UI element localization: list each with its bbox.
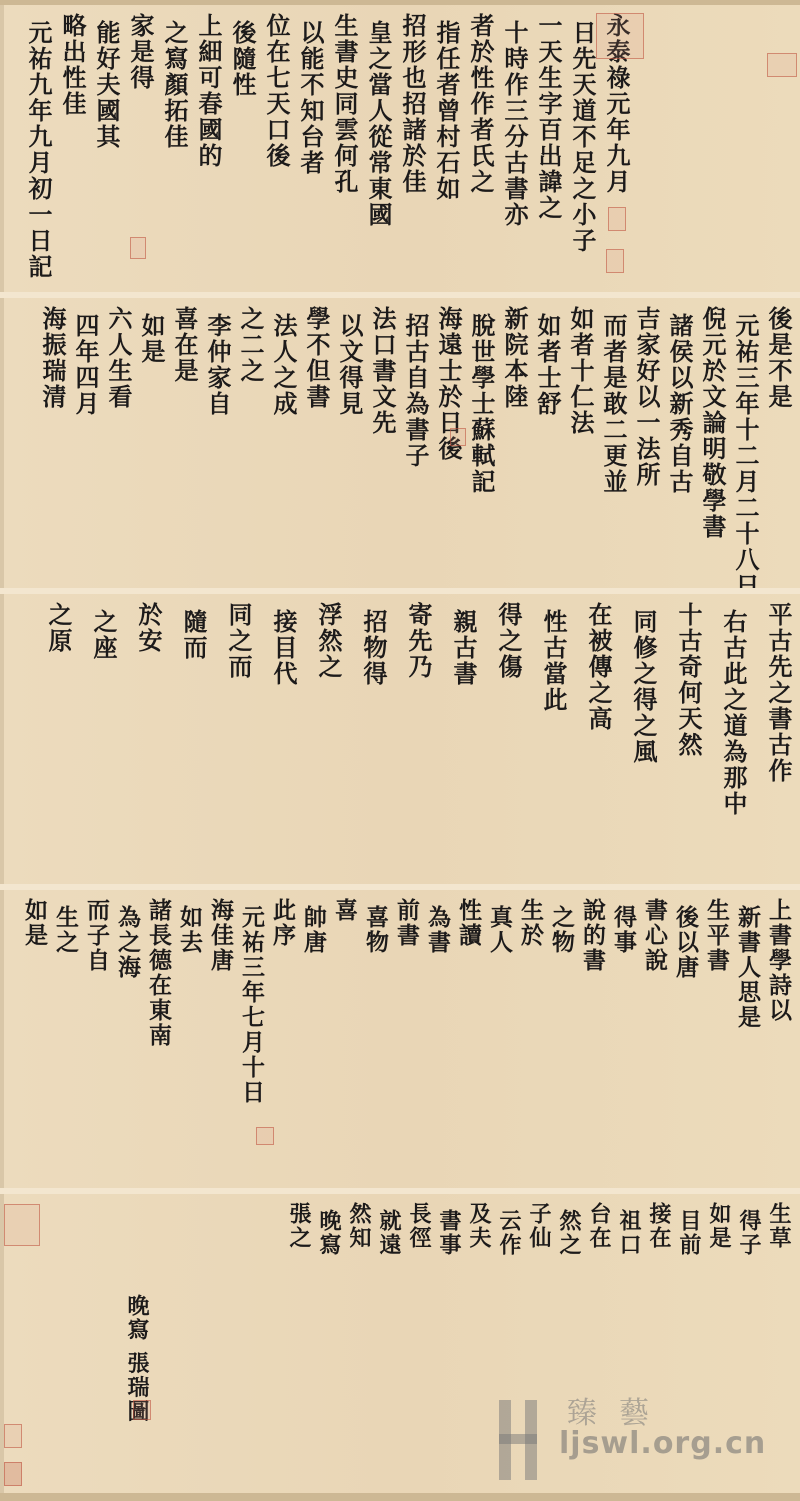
calligraphy-column: 生於 — [511, 898, 542, 1180]
calligraphy-column: 新院本陸 — [493, 306, 526, 580]
calligraphy-column: 及夫 — [460, 1202, 490, 1485]
calligraphy-column: 略出性佳 — [50, 13, 84, 284]
calligraphy-column: 同修之得之風 — [610, 602, 655, 876]
calligraphy-column: 得事 — [604, 898, 635, 1180]
calligraphy-column: 六人生看 — [97, 306, 130, 580]
calligraphy-column: 以能不知台者 — [288, 13, 322, 284]
calligraphy-column: 如者十仁法 — [559, 306, 592, 580]
calligraphy-column: 如是 — [700, 1202, 730, 1485]
calligraphy-column: 之寫顏拓佳 — [152, 13, 186, 284]
calligraphy-column: 長徑 — [400, 1202, 430, 1485]
calligraphy-column: 平古先之書古作 — [745, 602, 790, 876]
calligraphy-column: 得子 — [730, 1202, 760, 1485]
calligraphy-column: 寄先乃 — [385, 602, 430, 876]
calligraphy-column: 台在 — [580, 1202, 610, 1485]
panel-2-columns: 後是不是元祐三年十二月二十八日倪元於文論明敬學書諸侯以新秀自古吉家好以一法所而者… — [14, 306, 790, 580]
calligraphy-column: 之二之 — [229, 306, 262, 580]
calligraphy-column: 為書 — [418, 898, 449, 1180]
calligraphy-column: 得之傷 — [475, 602, 520, 876]
calligraphy-column: 倪元於文論明敬學書 — [691, 306, 724, 580]
calligraphy-column: 日先天道不足之小子 — [560, 13, 594, 284]
calligraphy-column: 而者是敢二更並 — [592, 306, 625, 580]
calligraphy-column: 性讀 — [449, 898, 480, 1180]
calligraphy-column: 子仙 — [520, 1202, 550, 1485]
calligraphy-column: 一天生字百出諱之 — [526, 13, 560, 284]
calligraphy-column: 招古自為書子 — [394, 306, 427, 580]
seal-stamp — [4, 1424, 22, 1448]
calligraphy-column: 後是不是 — [757, 306, 790, 580]
seal-stamp — [608, 207, 626, 231]
calligraphy-column: 隨而 — [160, 602, 205, 876]
scroll-panel-2: 後是不是元祐三年十二月二十八日倪元於文論明敬學書諸侯以新秀自古吉家好以一法所而者… — [4, 298, 800, 588]
calligraphy-column: 上細可春國的 — [186, 13, 220, 284]
calligraphy-column: 法口書文先 — [361, 306, 394, 580]
calligraphy-column: 右古此之道為那中 — [700, 602, 745, 876]
calligraphy-column: 生之 — [46, 898, 77, 1180]
calligraphy-column: 後隨性 — [220, 13, 254, 284]
calligraphy-column: 如是 — [130, 306, 163, 580]
calligraphy-column: 如是 — [15, 898, 46, 1180]
seal-stamp — [130, 237, 146, 259]
calligraphy-column: 為之海 — [108, 898, 139, 1180]
calligraphy-column: 四年四月 — [64, 306, 97, 580]
signature: 晚寫 張瑞圖 — [126, 1294, 148, 1454]
calligraphy-column: 之物 — [542, 898, 573, 1180]
calligraphy-column: 十古奇何天然 — [655, 602, 700, 876]
calligraphy-column: 李仲家自 — [196, 306, 229, 580]
calligraphy-column: 海振瑞清 — [31, 306, 64, 580]
panel-3-columns: 平古先之書古作右古此之道為那中十古奇何天然同修之得之風在被傳之高性古當此得之傷親… — [14, 602, 790, 876]
calligraphy-column: 生草 — [760, 1202, 790, 1485]
scroll-panel-3: 平古先之書古作右古此之道為那中十古奇何天然同修之得之風在被傳之高性古當此得之傷親… — [4, 594, 800, 884]
calligraphy-column: 新書人思是 — [728, 898, 759, 1180]
calligraphy-column: 在被傳之高 — [565, 602, 610, 876]
seal-stamp — [4, 1462, 22, 1486]
calligraphy-column: 於安 — [115, 602, 160, 876]
calligraphy-column: 然知 — [340, 1202, 370, 1485]
calligraphy-column: 喜物 — [356, 898, 387, 1180]
seal-stamp — [606, 249, 624, 273]
calligraphy-column: 海佳唐 — [201, 898, 232, 1180]
calligraphy-column: 者於性作者氏之 — [458, 13, 492, 284]
panel-1-columns: 永泰祿元年九月日先天道不足之小子一天生字百出諱之十時作三分古書亦者於性作者氏之指… — [14, 13, 628, 284]
calligraphy-column: 祖口 — [610, 1202, 640, 1485]
calligraphy-column: 能好夫國其 — [84, 13, 118, 284]
scroll-bottom-edge — [0, 1493, 800, 1501]
scroll-panel-5: 生草得子如是目前接在祖口台在然之子仙云作及夫書事長徑就遠然知晚寫張之 晚寫 張瑞… — [4, 1194, 800, 1493]
calligraphy-column: 元祐九年九月初一日記 — [16, 13, 50, 284]
calligraphy-column: 招形也招諸於佳 — [390, 13, 424, 284]
calligraphy-column: 元祐三年十二月二十八日 — [724, 306, 757, 580]
calligraphy-column: 吉家好以一法所 — [625, 306, 658, 580]
calligraphy-column: 生書史同雲何孔 — [322, 13, 356, 284]
seal-stamp — [256, 1127, 274, 1145]
calligraphy-column: 云作 — [490, 1202, 520, 1485]
panel-4-columns: 上書學詩以新書人思是生平書後以唐書心說得事說的書之物生於真人性讀為書前書喜物喜帥… — [12, 898, 790, 1180]
scroll-panel-1: 永泰祿元年九月日先天道不足之小子一天生字百出諱之十時作三分古書亦者於性作者氏之指… — [4, 5, 800, 292]
calligraphy-column: 喜 — [325, 898, 356, 1180]
calligraphy-column: 上書學詩以 — [759, 898, 790, 1180]
calligraphy-column: 同之而 — [205, 602, 250, 876]
calligraphy-column: 目前 — [670, 1202, 700, 1485]
calligraphy-column: 喜在是 — [163, 306, 196, 580]
panel-5-columns: 生草得子如是目前接在祖口台在然之子仙云作及夫書事長徑就遠然知晚寫張之 — [272, 1202, 790, 1485]
calligraphy-column: 皇之當人從常東國 — [356, 13, 390, 284]
calligraphy-column: 如去 — [170, 898, 201, 1180]
calligraphy-column: 之原 — [25, 602, 70, 876]
calligraphy-column: 學不但書 — [295, 306, 328, 580]
calligraphy-column: 就遠 — [370, 1202, 400, 1485]
calligraphy-column: 十時作三分古書亦 — [492, 13, 526, 284]
calligraphy-column: 書心說 — [635, 898, 666, 1180]
calligraphy-column: 然之 — [550, 1202, 580, 1485]
seal-stamp — [767, 53, 797, 77]
calligraphy-column: 位在七天口後 — [254, 13, 288, 284]
calligraphy-column: 親古書 — [430, 602, 475, 876]
calligraphy-column: 真人 — [480, 898, 511, 1180]
calligraphy-column: 後以唐 — [666, 898, 697, 1180]
calligraphy-column: 而子自 — [77, 898, 108, 1180]
calligraphy-column: 晚寫 — [310, 1202, 340, 1485]
seal-stamp — [450, 428, 466, 446]
calligraphy-column: 接目代 — [250, 602, 295, 876]
calligraphy-column: 指任者曾村石如 — [424, 13, 458, 284]
calligraphy-column: 說的書 — [573, 898, 604, 1180]
calligraphy-column: 接在 — [640, 1202, 670, 1485]
seal-stamp — [4, 1204, 40, 1246]
seal-stamp — [133, 1400, 151, 1420]
calligraphy-column: 諸侯以新秀自古 — [658, 306, 691, 580]
calligraphy-column: 之座 — [70, 602, 115, 876]
calligraphy-column: 法人之成 — [262, 306, 295, 580]
calligraphy-column: 諸長德在東南 — [139, 898, 170, 1180]
calligraphy-column: 前書 — [387, 898, 418, 1180]
calligraphy-scroll: 永泰祿元年九月日先天道不足之小子一天生字百出諱之十時作三分古書亦者於性作者氏之指… — [0, 0, 800, 1501]
calligraphy-column: 浮然之 — [295, 602, 340, 876]
seal-stamp — [596, 13, 644, 59]
calligraphy-column: 生平書 — [697, 898, 728, 1180]
scroll-panel-4: 上書學詩以新書人思是生平書後以唐書心說得事說的書之物生於真人性讀為書前書喜物喜帥… — [4, 890, 800, 1188]
calligraphy-column: 帥唐 — [294, 898, 325, 1180]
calligraphy-column: 性古當此 — [520, 602, 565, 876]
calligraphy-column: 以文得見 — [328, 306, 361, 580]
calligraphy-column: 張之 — [280, 1202, 310, 1485]
calligraphy-column: 招物得 — [340, 602, 385, 876]
calligraphy-column: 書事 — [430, 1202, 460, 1485]
calligraphy-column: 如者士舒 — [526, 306, 559, 580]
